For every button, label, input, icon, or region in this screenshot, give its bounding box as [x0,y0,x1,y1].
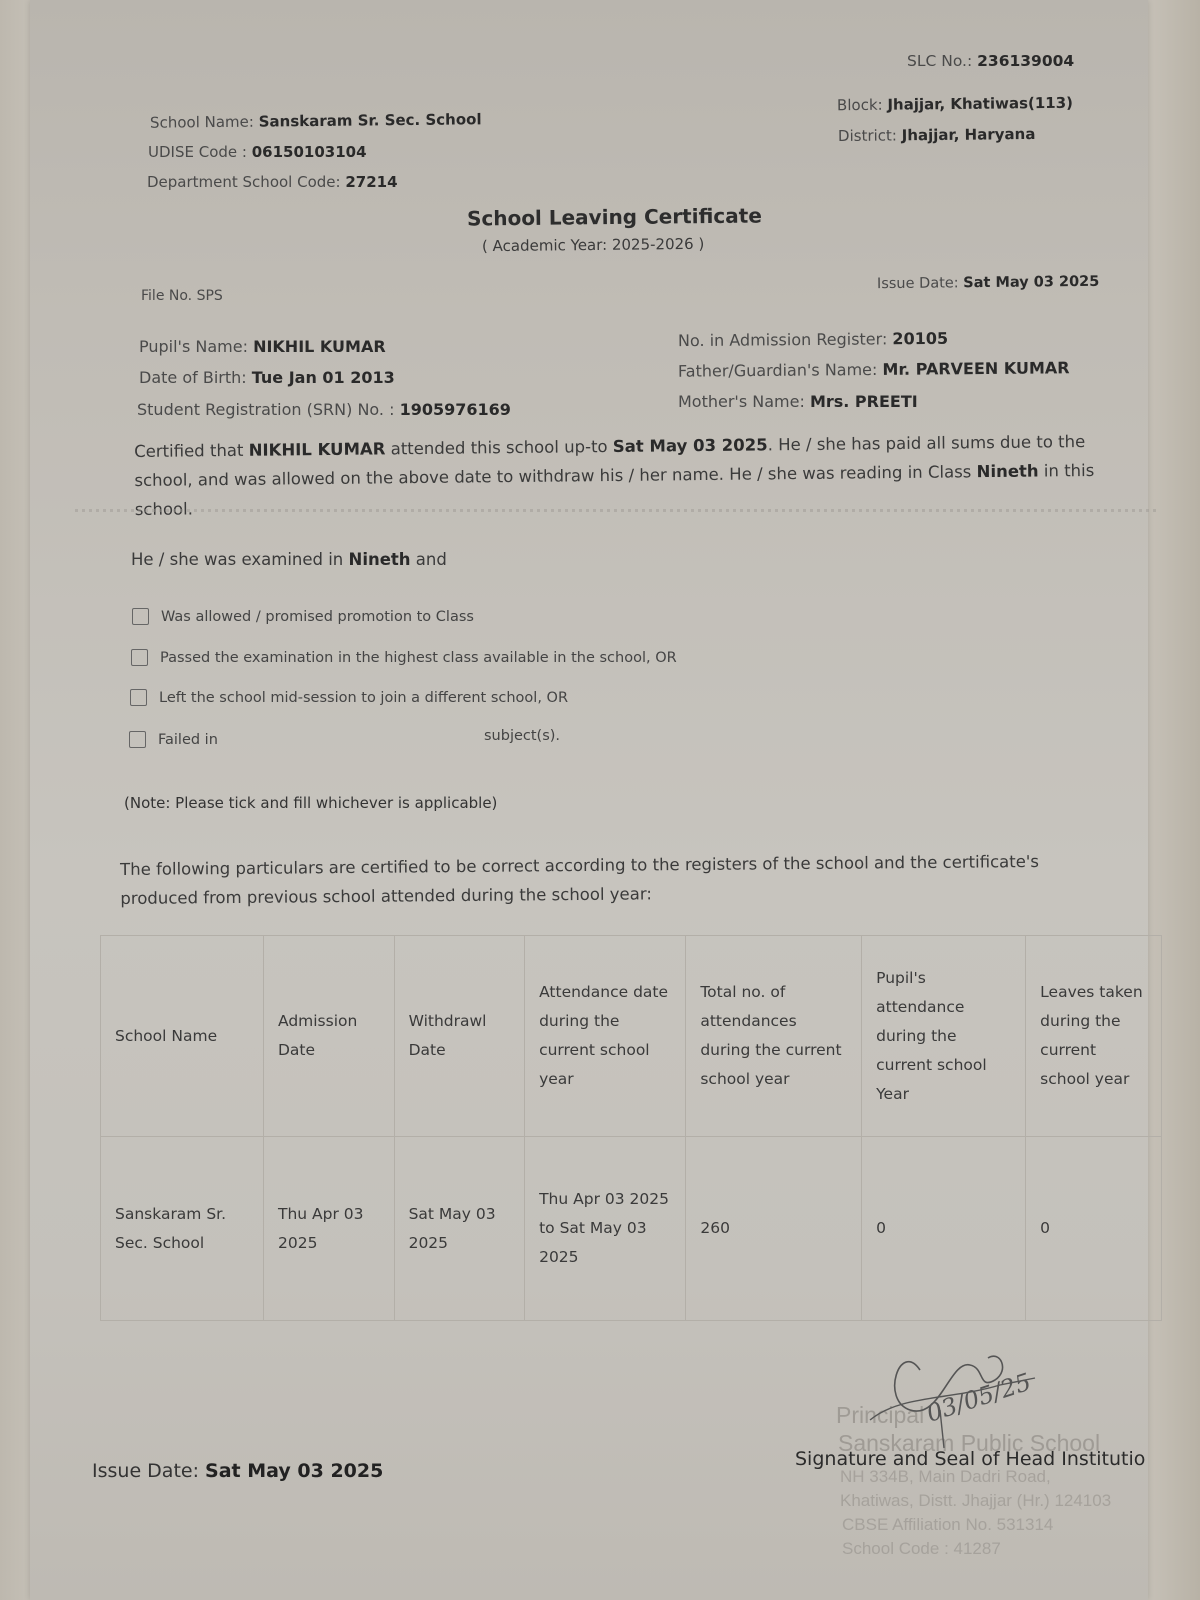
mother-name-label: Mother's Name: [678,392,805,411]
header-cell: Total no. of attendances during the curr… [686,936,862,1137]
cell-total-attendances: 260 [686,1137,862,1321]
checkbox-icon[interactable] [129,731,146,748]
scan-artifact [75,509,1160,512]
header-cell: Leaves taken during the current school y… [1026,936,1162,1137]
table-header-row: School Name Admission Date Withdrawl Dat… [101,936,1162,1137]
signature-label: Signature and Seal of Head Institutio [795,1448,1145,1470]
cert-text: attended this school up-to [385,437,613,458]
issue-date-bottom: Issue Date: Sat May 03 2025 [92,1460,383,1482]
academic-year: ( Academic Year: 2025-2026 ) [482,235,704,255]
issue-date-value: Sat May 03 2025 [963,274,1099,291]
header-cell: Withdrawl Date [394,936,525,1137]
exam-text: and [411,550,447,569]
mother-name: Mother's Name: Mrs. PREETI [678,392,918,411]
stamp-affiliation: CBSE Affiliation No. 531314 [842,1514,1053,1536]
option-label: Passed the examination in the highest cl… [160,650,677,666]
pupil-name: Pupil's Name: NIKHIL KUMAR [139,337,386,356]
stamp-address-2: Khatiwas, Distt. Jhajjar (Hr.) 124103 [840,1490,1111,1512]
handwritten-date: 03/05/25 [923,1368,1034,1428]
date-of-birth: Date of Birth: Tue Jan 01 2013 [139,368,395,387]
school-name: School Name: Sanskaram Sr. Sec. School [150,110,482,131]
exam-class: Nineth [349,550,411,569]
cell-leaves-taken: 0 [1026,1137,1162,1321]
admission-no-label: No. in Admission Register: [678,329,887,350]
footer-issue-date-label: Issue Date: [92,1460,199,1482]
srn-value: 1905976169 [400,400,511,419]
udise-label: UDISE Code : [148,143,247,161]
slc-number-value: 236139004 [977,52,1074,70]
note: (Note: Please tick and fill whichever is… [124,794,497,812]
issue-date-top: Issue Date: Sat May 03 2025 [877,274,1099,292]
header-cell: Pupil's attendance during the current sc… [862,936,1026,1137]
cell-admission-date: Thu Apr 03 2025 [263,1137,394,1321]
cert-pupil-name: NIKHIL KUMAR [249,439,386,459]
slc-number: SLC No.: 236139004 [907,52,1074,70]
failed-subjects-suffix: subject(s). [484,728,560,744]
district: District: Jhajjar, Haryana [838,125,1036,145]
district-value: Jhajjar, Haryana [902,125,1036,144]
srn-number: Student Registration (SRN) No. : 1905976… [137,400,511,419]
dept-code-value: 27214 [345,173,397,191]
father-name-label: Father/Guardian's Name: [678,360,878,381]
udise-code: UDISE Code : 06150103104 [148,143,367,161]
block-value: Jhajjar, Khatiwas(113) [887,94,1073,114]
particulars-paragraph: The following particulars are certified … [120,847,1040,913]
district-label: District: [838,126,897,145]
cell-withdrawl-date: Sat May 03 2025 [394,1137,525,1321]
particulars-table: School Name Admission Date Withdrawl Dat… [100,935,1162,1321]
file-no-label: File No. [141,288,192,304]
father-name: Father/Guardian's Name: Mr. PARVEEN KUMA… [678,358,1070,380]
option-left-mid-session[interactable]: Left the school mid-session to join a di… [130,689,568,706]
header-cell: Attendance date during the current schoo… [525,936,686,1137]
department-school-code: Department School Code: 27214 [147,173,398,191]
option-label: Failed in [158,732,218,748]
file-number: File No. SPS [141,288,223,304]
table-row: Sanskaram Sr. Sec. School Thu Apr 03 202… [101,1137,1162,1321]
admission-register-no: No. in Admission Register: 20105 [678,329,948,350]
examined-line: He / she was examined in Nineth and [131,545,447,574]
srn-label: Student Registration (SRN) No. : [137,400,395,419]
dob-value: Tue Jan 01 2013 [252,368,395,387]
footer-issue-date-value: Sat May 03 2025 [205,1460,383,1482]
exam-text: He / she was examined in [131,550,349,569]
stamp-school-code: School Code : 41287 [842,1538,1001,1560]
background-edge [1140,0,1200,1600]
file-no-value: SPS [197,288,223,304]
cell-pupil-attendance: 0 [862,1137,1026,1321]
dob-label: Date of Birth: [139,368,247,387]
option-promotion[interactable]: Was allowed / promised promotion to Clas… [132,608,474,625]
school-name-value: Sanskaram Sr. Sec. School [259,110,482,130]
cert-date: Sat May 03 2025 [613,435,768,456]
certificate-title: School Leaving Certificate [467,203,762,230]
pupil-name-value: NIKHIL KUMAR [253,337,386,356]
dept-code-label: Department School Code: [147,173,341,191]
cell-school-name: Sanskaram Sr. Sec. School [101,1137,264,1321]
cell-attendance-range: Thu Apr 03 2025 to Sat May 03 2025 [525,1137,686,1321]
option-label: Was allowed / promised promotion to Clas… [161,609,474,625]
school-name-label: School Name: [150,113,254,132]
issue-date-label: Issue Date: [877,275,959,292]
option-label: Left the school mid-session to join a di… [159,690,568,706]
slc-number-label: SLC No.: [907,52,972,70]
option-passed-highest[interactable]: Passed the examination in the highest cl… [131,649,677,666]
admission-no-value: 20105 [892,329,948,348]
header-cell: Admission Date [263,936,394,1137]
mother-name-value: Mrs. PREETI [810,392,918,411]
block-label: Block: [837,96,883,114]
pupil-name-label: Pupil's Name: [139,337,248,356]
block: Block: Jhajjar, Khatiwas(113) [837,94,1073,114]
udise-value: 06150103104 [252,143,367,161]
cert-text: Certified that [134,441,249,461]
signature-scribble: 03/05/25 [860,1340,1060,1450]
checkbox-icon[interactable] [130,689,147,706]
checkbox-icon[interactable] [132,608,149,625]
cert-class: Nineth [976,462,1038,482]
father-name-value: Mr. PARVEEN KUMAR [882,358,1069,379]
checkbox-icon[interactable] [131,649,148,666]
option-failed[interactable]: Failed in [129,731,218,748]
header-cell: School Name [101,936,264,1137]
